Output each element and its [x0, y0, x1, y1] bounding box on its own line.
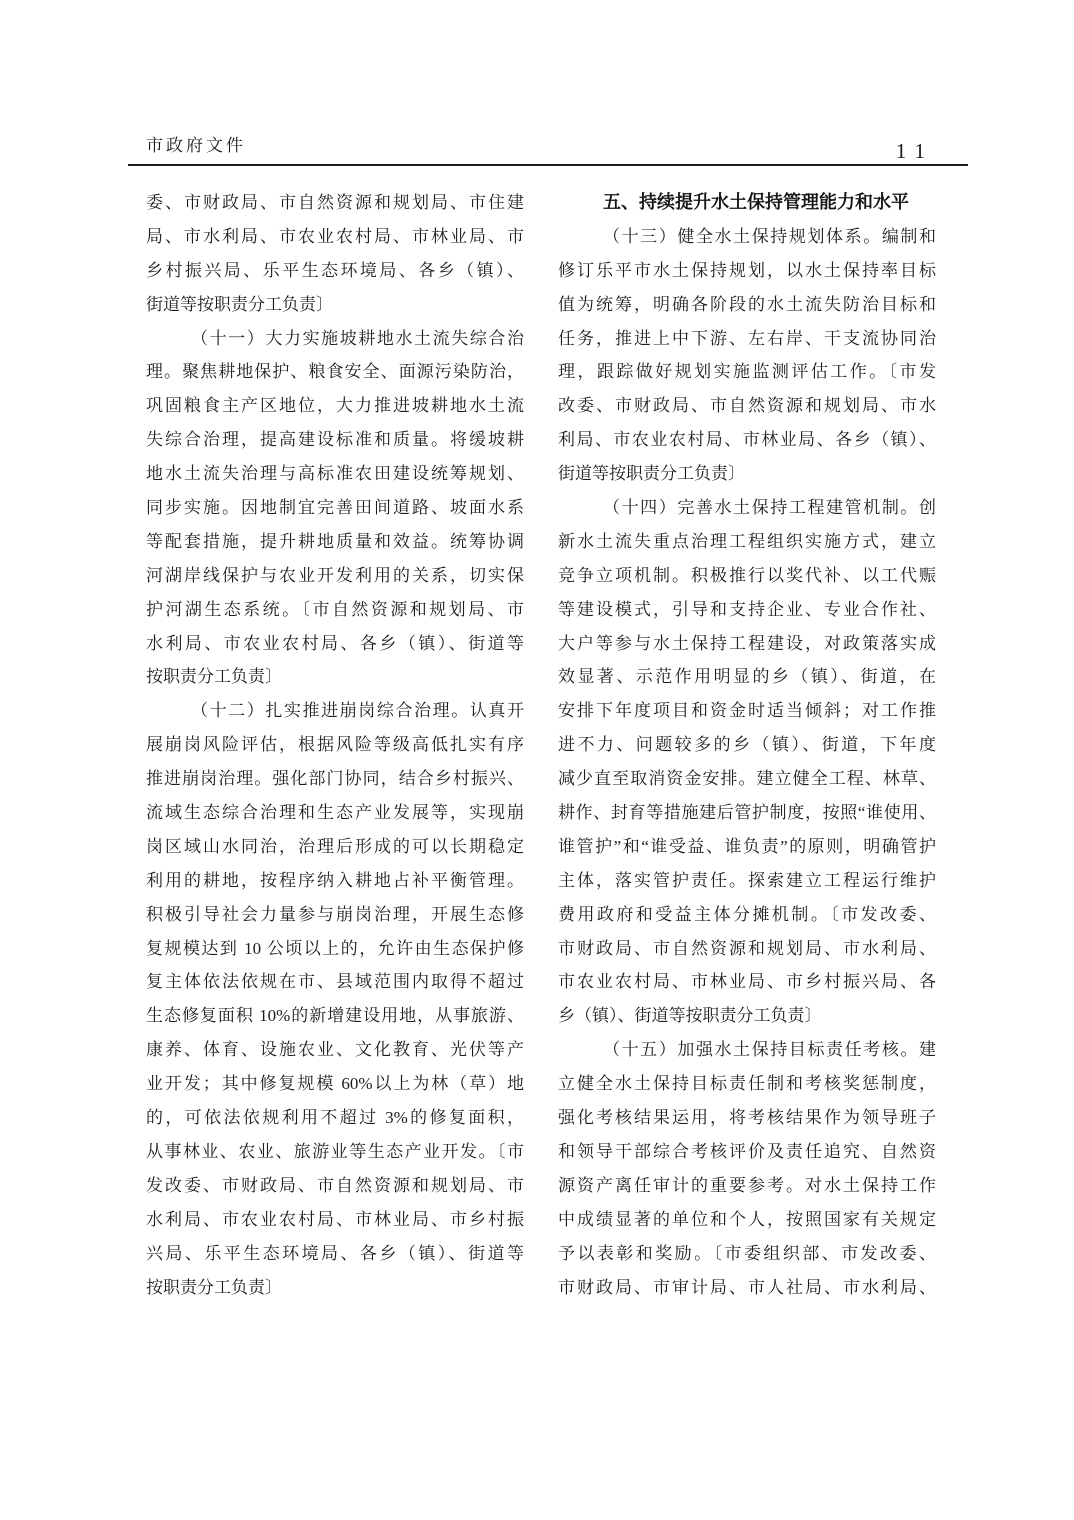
text-line: 效显著、示范作用明显的乡（镇）、街道，在	[558, 660, 936, 694]
text-line: 失综合治理，提高建设标准和质量。将缓坡耕	[146, 423, 524, 457]
text-line: 改委、市财政局、市自然资源和规划局、市水	[558, 389, 936, 423]
text-line: 康养、体育、设施农业、文化教育、光伏等产	[146, 1033, 524, 1067]
left-column: 委、市财政局、市自然资源和规划局、市住建局、市水利局、市农业农村局、市林业局、市…	[146, 186, 524, 1304]
text-line: 任务，推进上中下游、左右岸、干支流协同治	[558, 322, 936, 356]
text-line: 大户等参与水土保持工程建设，对政策落实成	[558, 627, 936, 661]
page-header: 市政府文件 11	[128, 126, 968, 164]
text-line: 业开发；其中修复规模 60%以上为林（草）地	[146, 1067, 524, 1101]
paragraph: （十二）扎实推进崩岗综合治理。认真开展崩岗风险评估，根据风险等级高低扎实有序推进…	[146, 694, 524, 1304]
text-line: 市财政局、市审计局、市人社局、市水利局、	[558, 1271, 936, 1305]
text-line: 按职责分工负责〕	[146, 660, 524, 694]
text-line: 予以表彰和奖励。〔市委组织部、市发改委、	[558, 1237, 936, 1271]
paragraph: （十一）大力实施坡耕地水土流失综合治理。聚焦耕地保护、粮食安全、面源污染防治，巩…	[146, 322, 524, 695]
text-line: 利局、市农业农村局、市林业局、各乡（镇）、	[558, 423, 936, 457]
text-line: 复规模达到 10 公顷以上的，允许由生态保护修	[146, 932, 524, 966]
text-line: 乡（镇）、街道等按职责分工负责〕	[558, 999, 936, 1033]
text-line: （十五）加强水土保持目标责任考核。建	[558, 1033, 936, 1067]
text-line: 巩固粮食主产区地位，大力推进坡耕地水土流	[146, 389, 524, 423]
body-columns: 委、市财政局、市自然资源和规划局、市住建局、市水利局、市农业农村局、市林业局、市…	[146, 186, 936, 1304]
text-line: 等建设模式，引导和支持企业、专业合作社、	[558, 593, 936, 627]
text-line: （十二）扎实推进崩岗综合治理。认真开	[146, 694, 524, 728]
text-line: 按职责分工负责〕	[146, 1271, 524, 1305]
text-line: 值为统筹，明确各阶段的水土流失防治目标和	[558, 288, 936, 322]
text-line: （十一）大力实施坡耕地水土流失综合治	[146, 322, 524, 356]
text-line: 谁管护”和“谁受益、谁负责”的原则，明确管护	[558, 830, 936, 864]
text-line: 理。聚焦耕地保护、粮食安全、面源污染防治，	[146, 355, 524, 389]
text-line: 进不力、问题较多的乡（镇）、街道，下年度	[558, 728, 936, 762]
text-line: 安排下年度项目和资金时适当倾斜；对工作推	[558, 694, 936, 728]
text-line: 推进崩岗治理。强化部门协同，结合乡村振兴、	[146, 762, 524, 796]
text-line: （十四）完善水土保持工程建管机制。创	[558, 491, 936, 525]
text-line: 市财政局、市自然资源和规划局、市水利局、	[558, 932, 936, 966]
text-line: 费用政府和受益主体分摊机制。〔市发改委、	[558, 898, 936, 932]
text-line: 新水土流失重点治理工程组织实施方式，建立	[558, 525, 936, 559]
text-line: 兴局、乐平生态环境局、各乡（镇）、街道等	[146, 1237, 524, 1271]
text-line: 减少直至取消资金安排。建立健全工程、林草、	[558, 762, 936, 796]
paragraph: （十三）健全水土保持规划体系。编制和修订乐平市水土保持规划，以水土保持率目标值为…	[558, 220, 936, 491]
text-line: 街道等按职责分工负责〕	[558, 457, 936, 491]
text-line: 发改委、市财政局、市自然资源和规划局、市	[146, 1169, 524, 1203]
text-line: 利用的耕地，按程序纳入耕地占补平衡管理。	[146, 864, 524, 898]
text-line: 主体，落实管护责任。探索建立工程运行维护	[558, 864, 936, 898]
text-line: 竞争立项机制。积极推行以奖代补、以工代赈	[558, 559, 936, 593]
text-line: 水利局、市农业农村局、各乡（镇）、街道等	[146, 627, 524, 661]
text-line: 从事林业、农业、旅游业等生态产业开发。〔市	[146, 1135, 524, 1169]
text-line: 岗区域山水同治，治理后形成的可以长期稳定	[146, 830, 524, 864]
text-line: 流域生态综合治理和生态产业发展等，实现崩	[146, 796, 524, 830]
text-line: （十三）健全水土保持规划体系。编制和	[558, 220, 936, 254]
text-line: 市农业农村局、市林业局、市乡村振兴局、各	[558, 965, 936, 999]
text-line: 源资产离任审计的重要参考。对水土保持工作	[558, 1169, 936, 1203]
text-line: 护河湖生态系统。〔市自然资源和规划局、市	[146, 593, 524, 627]
text-line: 积极引导社会力量参与崩岗治理，开展生态修	[146, 898, 524, 932]
text-line: 修订乐平市水土保持规划，以水土保持率目标	[558, 254, 936, 288]
section-heading: 五、持续提升水土保持管理能力和水平	[558, 186, 936, 220]
page-number: 11	[896, 141, 968, 164]
text-line: 地水土流失治理与高标准农田建设统筹规划、	[146, 457, 524, 491]
text-line: 理，跟踪做好规划实施监测评估工作。〔市发	[558, 355, 936, 389]
text-line: 街道等按职责分工负责〕	[146, 288, 524, 322]
text-line: 耕作、封育等措施建后管护制度，按照“谁使用、	[558, 796, 936, 830]
text-line: 委、市财政局、市自然资源和规划局、市住建	[146, 186, 524, 220]
text-line: 同步实施。因地制宜完善田间道路、坡面水系	[146, 491, 524, 525]
right-column: 五、持续提升水土保持管理能力和水平（十三）健全水土保持规划体系。编制和修订乐平市…	[558, 186, 936, 1304]
document-page: 市政府文件 11 委、市财政局、市自然资源和规划局、市住建局、市水利局、市农业农…	[0, 0, 1074, 1520]
text-line: 展崩岗风险评估，根据风险等级高低扎实有序	[146, 728, 524, 762]
text-line: 复主体依法依规在市、县域范围内取得不超过	[146, 965, 524, 999]
text-line: 生态修复面积 10%的新增建设用地，从事旅游、	[146, 999, 524, 1033]
text-line: 立健全水土保持目标责任制和考核奖惩制度，	[558, 1067, 936, 1101]
doc-type-label: 市政府文件	[128, 137, 246, 164]
paragraph: （十五）加强水土保持目标责任考核。建立健全水土保持目标责任制和考核奖惩制度，强化…	[558, 1033, 936, 1304]
text-line: 的，可依法依规利用不超过 3%的修复面积，	[146, 1101, 524, 1135]
text-line: 河湖岸线保护与农业开发利用的关系，切实保	[146, 559, 524, 593]
text-line: 强化考核结果运用，将考核结果作为领导班子	[558, 1101, 936, 1135]
text-line: 中成绩显著的单位和个人，按照国家有关规定	[558, 1203, 936, 1237]
text-line: 等配套措施，提升耕地质量和效益。统筹协调	[146, 525, 524, 559]
text-line: 水利局、市农业农村局、市林业局、市乡村振	[146, 1203, 524, 1237]
paragraph: 委、市财政局、市自然资源和规划局、市住建局、市水利局、市农业农村局、市林业局、市…	[146, 186, 524, 322]
header-rule	[128, 164, 968, 166]
text-line: 和领导干部综合考核评价及责任追究、自然资	[558, 1135, 936, 1169]
text-line: 乡村振兴局、乐平生态环境局、各乡（镇）、	[146, 254, 524, 288]
text-line: 局、市水利局、市农业农村局、市林业局、市	[146, 220, 524, 254]
paragraph: （十四）完善水土保持工程建管机制。创新水土流失重点治理工程组织实施方式，建立竞争…	[558, 491, 936, 1033]
